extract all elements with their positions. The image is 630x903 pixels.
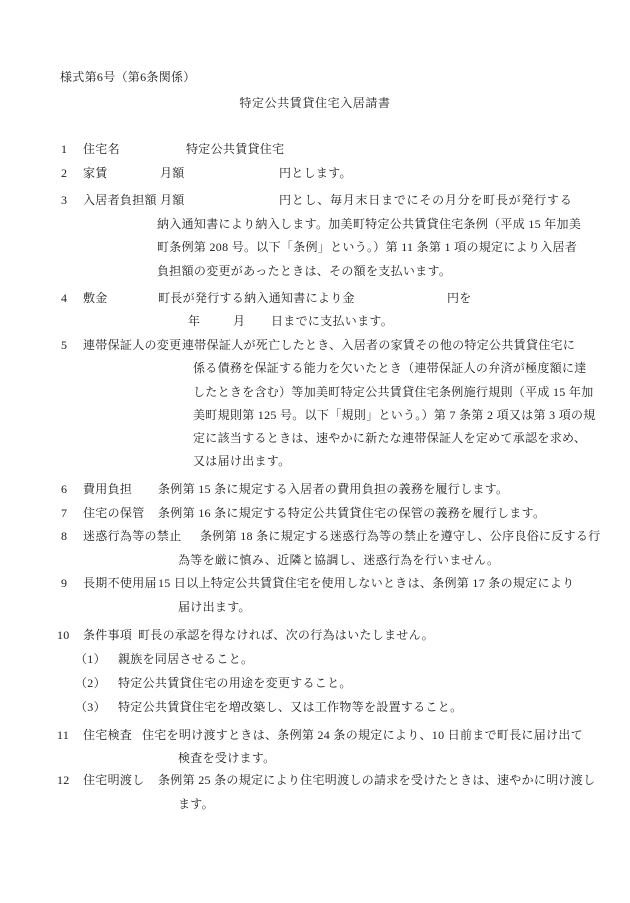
item-6-label: 費用負担 bbox=[83, 481, 132, 497]
deposit-due-year-blank bbox=[202, 313, 231, 328]
item-10-label: 条件事項 bbox=[83, 627, 132, 643]
item-4-line-1: 町長が発行する納入通知書により金 bbox=[158, 290, 355, 306]
item-10-sub-1-text: 親族を同居させること。 bbox=[118, 651, 253, 667]
item-9-label: 長期不使用届 bbox=[83, 575, 157, 591]
document-page: 様式第6号（第6条関係） 特定公共賃貸住宅入居請書 1 住宅名 特定公共賃貸住宅… bbox=[0, 0, 630, 903]
item-8-line-1: 条例第 18 条に規定する迷惑行為等の禁止を遵守し、公序良俗に反する行 bbox=[200, 528, 572, 544]
item-6-number: 6 bbox=[61, 481, 67, 497]
item-5-line-4: 美町規則第 125 号。以下「規則」という。）第 7 条第 2 項又は第 3 項… bbox=[193, 407, 572, 423]
item-12-line-1: 条例第 25 条の規定により住宅明渡しの請求を受けたときは、速やかに明け渡し bbox=[158, 772, 572, 788]
item-8-line-2: 為等を厳に慎み、近隣と協調し、迷惑行為を行いません。 bbox=[178, 552, 499, 568]
item-4-line-2: 日までに支払います。 bbox=[271, 313, 393, 329]
item-5-line-1: 連帯保証人が死亡したとき、入居者の家賃その他の特定公共賃貸住宅に bbox=[182, 337, 572, 353]
item-4-number: 4 bbox=[61, 290, 67, 306]
item-7-label: 住宅の保管 bbox=[83, 505, 145, 521]
item-12-label: 住宅明渡し bbox=[83, 772, 145, 788]
item-3-line-2: 納入通知書により納入します。加美町特定公共賃貸住宅条例（平成 15 年加美 bbox=[157, 216, 572, 232]
item-10-sub-2-text: 特定公共賃貸住宅の用途を変更すること。 bbox=[118, 675, 352, 691]
item-3-line-4: 負担額の変更があったときは、その額を支払います。 bbox=[157, 263, 451, 279]
item-2-unit: 月額 bbox=[160, 165, 185, 181]
item-9-line-2: 届け出ます。 bbox=[178, 599, 251, 615]
item-6-line-1: 条例第 15 条に規定する入居者の費用負担の義務を履行します。 bbox=[158, 481, 508, 497]
item-5-label: 連帯保証人の変更 bbox=[83, 337, 181, 353]
item-10-sub-3-text: 特定公共賃貸住宅を増改築し、又は工作物等を設置すること。 bbox=[118, 699, 462, 715]
item-2-number: 2 bbox=[61, 165, 67, 181]
item-5-line-2: 係る債務を保証する能力を欠いたとき（連帯保証人の弁済が極度額に達 bbox=[193, 360, 572, 376]
item-1-value: 特定公共賃貸住宅 bbox=[186, 141, 284, 157]
item-7-line-1: 条例第 16 条に規定する特定公共賃貸住宅の保管の義務を履行します。 bbox=[158, 505, 545, 521]
deposit-due-month-blank bbox=[247, 313, 269, 328]
item-10-sub-3-number: （3） bbox=[75, 699, 106, 715]
document-title: 特定公共賃貸住宅入居請書 bbox=[0, 95, 630, 111]
tenant-charge-amount-blank bbox=[190, 192, 275, 207]
item-4-line-1-suffix: 円を bbox=[447, 290, 472, 306]
item-8-label: 迷惑行為等の禁止 bbox=[83, 528, 181, 544]
item-5-line-5: 定に該当するときは、速やかに新たな連帯保証人を定めて承認を求め、 bbox=[193, 430, 572, 446]
form-number: 様式第6号（第6条関係） bbox=[60, 69, 196, 85]
rent-amount-blank bbox=[190, 165, 275, 180]
item-11-number: 11 bbox=[57, 727, 69, 743]
item-5-line-6: 又は届け出ます。 bbox=[193, 453, 290, 469]
item-10-sub-2-number: （2） bbox=[75, 675, 106, 691]
item-10-line-1: 町長の承認を得なければ、次の行為はいたしません。 bbox=[138, 627, 434, 643]
item-4-label: 敷金 bbox=[83, 290, 108, 306]
item-10-number: 10 bbox=[57, 627, 70, 643]
item-9-number: 9 bbox=[61, 575, 67, 591]
item-3-line-1: 円とし、毎月末日までにその月分を町長が発行する bbox=[279, 192, 572, 208]
item-11-label: 住宅検査 bbox=[83, 727, 132, 743]
deposit-amount-blank bbox=[355, 290, 443, 305]
item-2-text: 円とします。 bbox=[279, 165, 352, 181]
item-9-line-1: 15 日以上特定公共賃貸住宅を使用しないときは、条例第 17 条の規定により bbox=[158, 575, 572, 591]
item-1-number: 1 bbox=[61, 141, 67, 157]
item-2-label: 家賃 bbox=[83, 165, 108, 181]
item-12-line-2: ます。 bbox=[178, 796, 214, 812]
item-11-line-2: 検査を受けます。 bbox=[178, 750, 275, 766]
item-3-unit: 月額 bbox=[160, 192, 185, 208]
item-11-line-1: 住宅を明け渡すときは、条例第 24 条の規定により、10 日前まで町長に届け出て bbox=[142, 727, 572, 743]
item-1-label: 住宅名 bbox=[83, 141, 120, 157]
item-5-number: 5 bbox=[61, 337, 67, 353]
item-3-number: 3 bbox=[61, 192, 67, 208]
item-7-number: 7 bbox=[61, 505, 67, 521]
item-12-number: 12 bbox=[57, 772, 70, 788]
item-4-year-label: 年 bbox=[188, 313, 200, 329]
item-8-number: 8 bbox=[61, 528, 67, 544]
item-3-line-3: 町条例第 208 号。以下「条例」という。）第 11 条第 1 項の規定により入… bbox=[157, 239, 572, 255]
item-4-month-label: 月 bbox=[233, 313, 245, 329]
item-3-label: 入居者負担額 bbox=[83, 192, 157, 208]
item-10-sub-1-number: （1） bbox=[75, 651, 106, 667]
item-5-line-3: したときを含む）等加美町特定公共賃貸住宅条例施行規則（平成 15 年加 bbox=[193, 384, 572, 400]
